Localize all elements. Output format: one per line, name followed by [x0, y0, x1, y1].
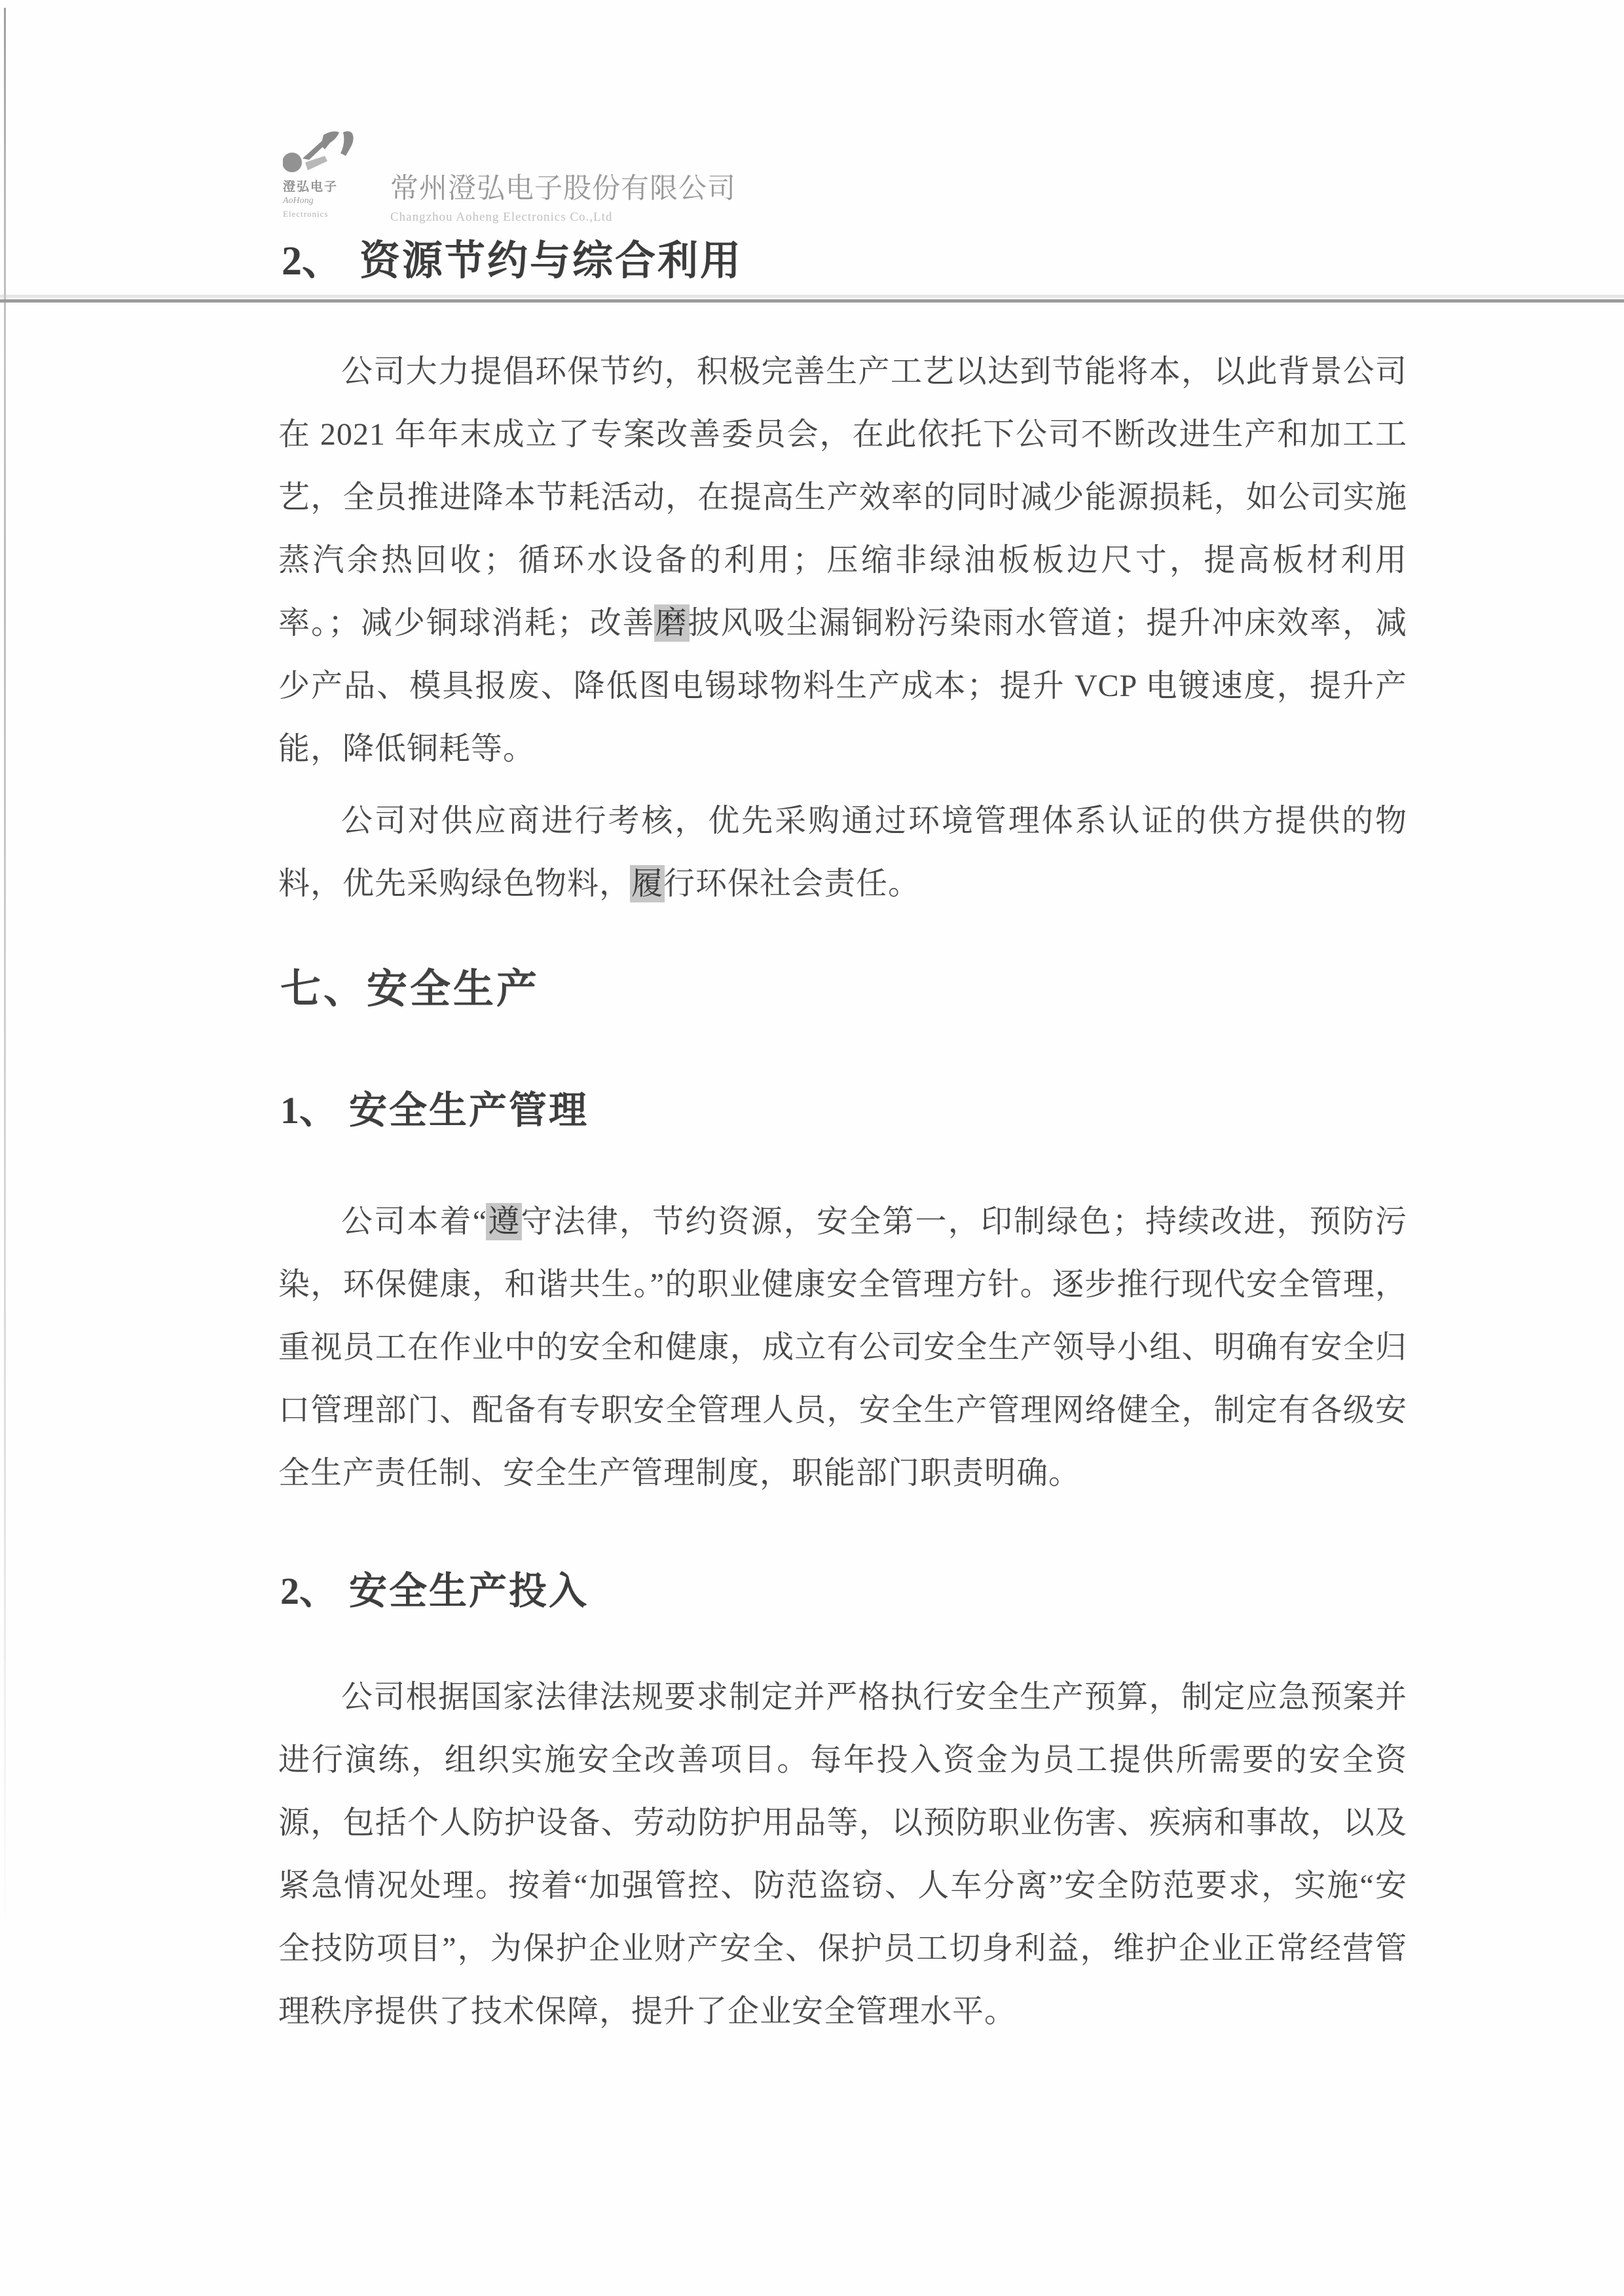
brush-stroke-logo-icon [283, 128, 381, 179]
paragraph-safety-investment: 公司根据国家法律法规要求制定并严格执行安全生产预算，制定应急预案并进行演练，组织… [278, 1666, 1407, 2043]
heading-number: 2、 [280, 1570, 337, 1612]
heading-number: 1、 [280, 1089, 337, 1132]
logo-brand-sub: Electronics [283, 209, 381, 219]
scanned-document-page: 澄弘电子 AoHong Electronics 常州澄弘电子股份有限公司 Cha… [0, 0, 1624, 2296]
company-name-en: Changzhou Aoheng Electronics Co.,Ltd [390, 210, 736, 225]
heading-number: 七、 [280, 967, 367, 1012]
heading-safety-management: 1、安全生产管理 [280, 1079, 589, 1134]
heading-title: 安全生产投入 [349, 1570, 589, 1612]
scan-edge-line [4, 8, 6, 1933]
logo-brand-script: AoHong [283, 196, 381, 206]
paragraph-resource-2: 公司对供应商进行考核，优先采购通过环境管理体系认证的供方提供的物料，优先采购绿色… [278, 790, 1407, 916]
paragraph-resource-1: 公司大力提倡环保节约，积极完善生产工艺以达到节能将本，以此背景公司在 2021 … [278, 341, 1407, 781]
heading-safety-investment: 2、安全生产投入 [280, 1560, 589, 1615]
company-logo: 澄弘电子 AoHong Electronics 常州澄弘电子股份有限公司 Cha… [283, 128, 736, 225]
paragraph-safety-management: 公司本着“遵守法律，节约资源，安全第一，印制绿色；持续改进，预防污染，环保健康，… [278, 1191, 1407, 1505]
company-name-cn: 常州澄弘电子股份有限公司 [390, 166, 736, 206]
heading-title: 资源节约与综合利用 [360, 239, 743, 284]
heading-title: 安全生产 [367, 967, 540, 1012]
heading-rule [0, 299, 1624, 303]
logo-mark-column: 澄弘电子 AoHong Electronics [283, 128, 381, 219]
heading-number: 2、 [282, 239, 342, 284]
heading-title: 安全生产管理 [349, 1089, 589, 1132]
logo-names: 常州澄弘电子股份有限公司 Changzhou Aoheng Electronic… [390, 128, 736, 225]
logo-brand-cn: 澄弘电子 [283, 177, 381, 194]
heading-resource-saving: 2、资源节约与综合利用 [282, 228, 743, 286]
heading-safety-section: 七、安全生产 [280, 956, 540, 1014]
